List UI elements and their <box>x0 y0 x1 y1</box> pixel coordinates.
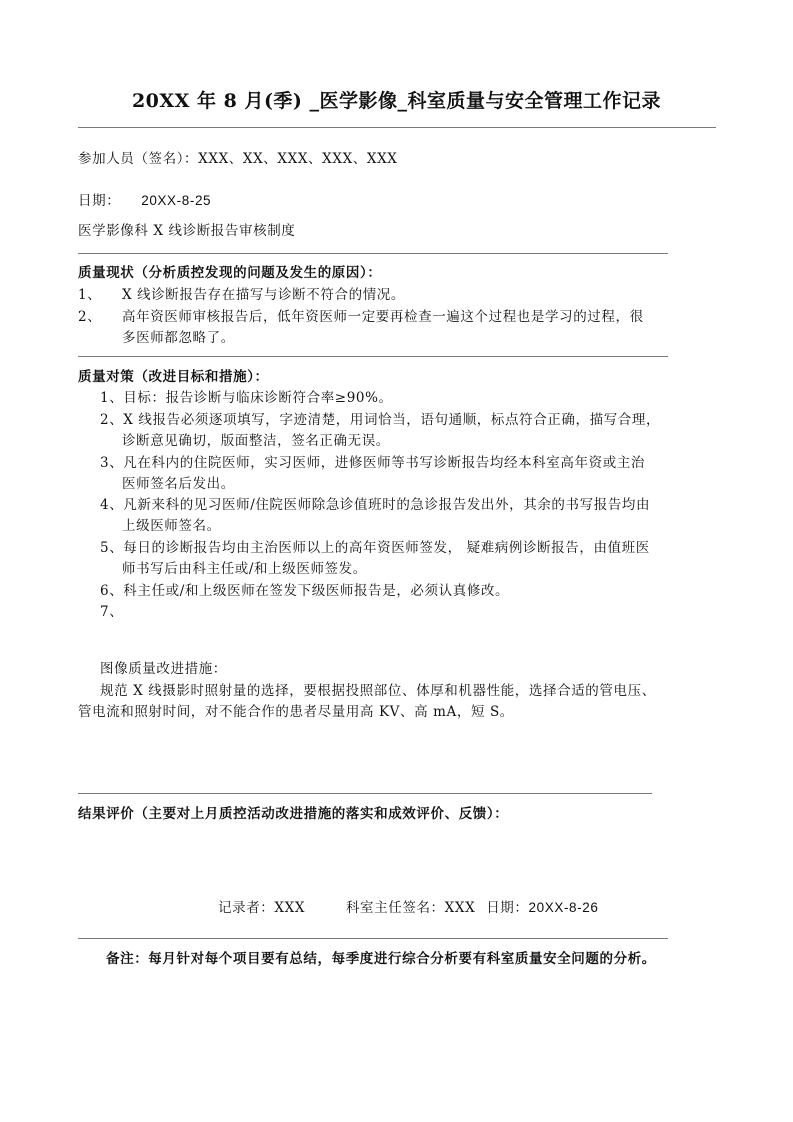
recorder-value: XXX <box>274 900 305 916</box>
measure-item: 6、科主任或/和上级医师在签发下级医师报告是，必须认真修改。 <box>100 580 509 602</box>
divider <box>78 356 668 357</box>
date-label: 日期： <box>78 193 120 209</box>
image-quality-heading: 图像质量改进措施： <box>100 658 227 680</box>
participants-label: 参加人员（签名）： <box>78 151 198 167</box>
divider <box>78 127 716 128</box>
measure-item: 2、X 线报告必须逐项填写，字迹清楚，用词恰当，语句通顺，标点符合正确，描写合理… <box>100 409 660 431</box>
measure-item: 4、凡新来科的见习医师/住院医师除急诊值班时的急诊报告发出外，其余的书写报告均由 <box>100 494 650 516</box>
measure-item: 7、 <box>100 601 123 623</box>
date-value: 20XX-8-25 <box>141 193 211 208</box>
page-title: 20XX 年 8 月(季) _医学影像_科室质量与安全管理工作记录 <box>0 86 793 113</box>
recorder-label: 记录者： <box>218 900 274 916</box>
quality-status-heading: 质量现状（分析质控发现的问题及发生的原因）： <box>78 262 381 284</box>
participants-value: XXX、XX、XXX、XXX、XXX <box>198 151 397 167</box>
divider <box>78 938 668 939</box>
measure-item-continuation: 上级医师签名。 <box>122 515 221 537</box>
divider <box>78 793 652 794</box>
sign-date-label: 日期： <box>486 900 528 916</box>
status-item-text: 高年资医师审核报告后，低年资医师一定要再检查一遍这个过程也是学习的过程，很 <box>122 309 644 325</box>
result-eval-heading: 结果评价（主要对上月质控活动改进措施的落实和成效评价、反馈）： <box>78 803 508 825</box>
divider <box>78 253 668 254</box>
status-item: 1、X 线诊断报告存在描写与诊断不符合的情况。 <box>78 284 405 306</box>
date-line: 日期： 20XX-8-25 <box>78 190 211 212</box>
footnote: 备注：每月针对每个项目要有总结，每季度进行综合分析要有科室质量安全问题的分析。 <box>106 948 656 970</box>
status-item: 2、高年资医师审核报告后，低年资医师一定要再检查一遍这个过程也是学习的过程，很 <box>78 306 644 328</box>
image-quality-text: 规范 X 线摄影时照射量的选择，要根据投照部位、体厚和机器性能，选择合适的管电压… <box>100 680 656 702</box>
sign-date-value: 20XX-8-26 <box>529 900 599 915</box>
image-quality-text-continuation: 管电流和照射时间，对不能合作的患者尽量用高 KV、高 mA，短 S。 <box>78 701 514 723</box>
participants-line: 参加人员（签名）：XXX、XX、XXX、XXX、XXX <box>78 148 398 170</box>
director-value: XXX <box>445 900 476 916</box>
status-item-number: 1、 <box>78 284 122 306</box>
status-item-continuation: 多医师都忽略了。 <box>122 327 235 349</box>
measure-item: 1、目标：报告诊断与临床诊断符合率≥90%。 <box>100 387 393 409</box>
measure-item-continuation: 诊断意见确切，版面整洁，签名正确无误。 <box>122 430 390 452</box>
status-item-text: X 线诊断报告存在描写与诊断不符合的情况。 <box>122 287 405 303</box>
measure-item: 3、凡在科内的住院医师，实习医师，进修医师等书写诊断报告均经本科室高年资或主治 <box>100 452 645 474</box>
topic: 医学影像科 X 线诊断报告审核制度 <box>78 220 295 242</box>
measure-item-continuation: 师书写后由科主任或/和上级医师签发。 <box>122 558 367 580</box>
signatures-line: 记录者：XXX 科室主任签名：XXX 日期：20XX-8-26 <box>218 897 598 919</box>
status-item-number: 2、 <box>78 306 122 328</box>
measure-item-continuation: 医师签名后发出。 <box>122 473 235 495</box>
measure-item: 5、每日的诊断报告均由主治医师以上的高年资医师签发， 疑难病例诊断报告，由值班医 <box>100 537 650 559</box>
director-label: 科室主任签名： <box>346 900 445 916</box>
measures-heading: 质量对策（改进目标和措施）： <box>78 366 269 388</box>
